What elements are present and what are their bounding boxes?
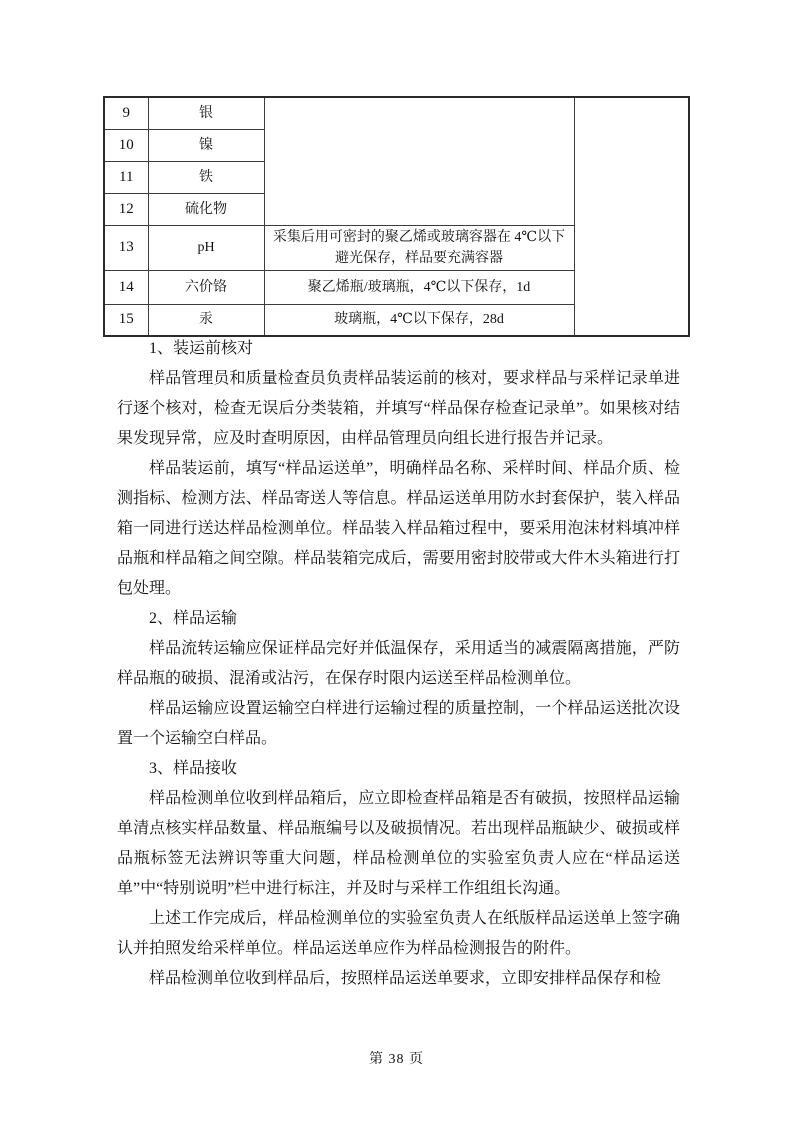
description-cell: 玻璃瓶，4℃以下保存，28d	[264, 304, 574, 336]
table-row: 9 银	[104, 97, 689, 129]
paragraph: 样品检测单位收到样品箱后，应立即检查样品箱是否有破损，按照样品运输单清点核实样品…	[117, 784, 680, 904]
section-heading: 3、样品接收	[117, 754, 680, 784]
paragraph: 样品流转运输应保证样品完好并低温保存，采用适当的减震隔离措施，严防样品瓶的破损、…	[117, 634, 680, 694]
parameter-name-cell: 银	[148, 97, 264, 129]
parameter-name-cell: 硫化物	[148, 193, 264, 225]
row-number-cell: 13	[104, 225, 148, 270]
parameter-name-cell: pH	[148, 225, 264, 270]
row-number-cell: 10	[104, 129, 148, 161]
merged-note-cell	[574, 97, 689, 336]
section-heading: 2、样品运输	[117, 604, 680, 634]
paragraph: 样品检测单位收到样品后，按照样品运送单要求，立即安排样品保存和检	[117, 964, 680, 994]
paragraph: 样品装运前，填写“样品运送单”，明确样品名称、采样时间、样品介质、检测指标、检测…	[117, 454, 680, 604]
row-number-cell: 14	[104, 270, 148, 304]
paragraph: 上述工作完成后，样品检测单位的实验室负责人在纸版样品运送单上签字确认并拍照发给采…	[117, 904, 680, 964]
paragraph: 样品运输应设置运输空白样进行运输过程的质量控制，一个样品运送批次设置一个运输空白…	[117, 694, 680, 754]
section-heading: 1、装运前核对	[117, 334, 680, 364]
parameter-name-cell: 六价铬	[148, 270, 264, 304]
description-cell: 采集后用可密封的聚乙烯或玻璃容器在 4℃以下避光保存，样品要充满容器	[264, 225, 574, 270]
parameter-name-cell: 镍	[148, 129, 264, 161]
parameter-name-cell: 铁	[148, 161, 264, 193]
row-number-cell: 15	[104, 304, 148, 336]
document-body: 1、装运前核对 样品管理员和质量检查员负责样品装运前的核对，要求样品与采样记录单…	[117, 334, 680, 994]
page-number: 第 38 页	[0, 1048, 793, 1068]
row-number-cell: 9	[104, 97, 148, 129]
paragraph: 样品管理员和质量检查员负责样品装运前的核对，要求样品与采样记录单进行逐个核对，检…	[117, 364, 680, 454]
document-page: 9 银 10 镍 11 铁 12 硫化物 13 pH 采集后用可密封的聚乙烯或玻…	[0, 0, 793, 1122]
parameter-name-cell: 汞	[148, 304, 264, 336]
row-number-cell: 11	[104, 161, 148, 193]
description-cell: 聚乙烯瓶/玻璃瓶，4℃以下保存，1d	[264, 270, 574, 304]
sample-preservation-table: 9 银 10 镍 11 铁 12 硫化物 13 pH 采集后用可密封的聚乙烯或玻…	[103, 96, 690, 337]
row-number-cell: 12	[104, 193, 148, 225]
merged-description-cell	[264, 97, 574, 225]
